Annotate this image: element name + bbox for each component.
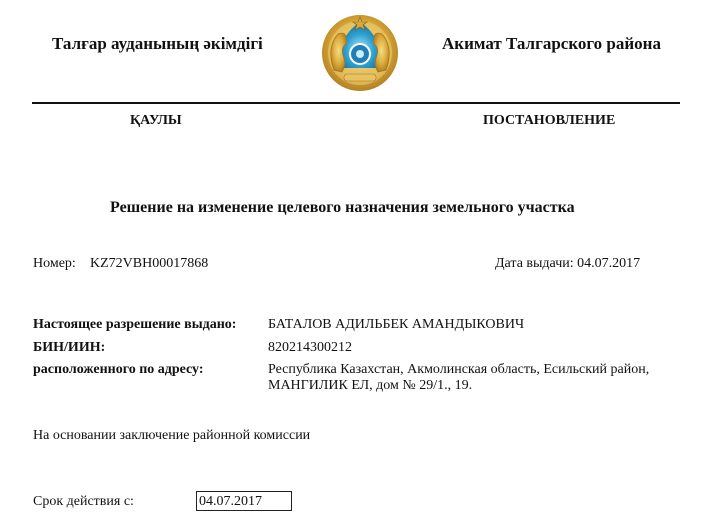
address-line-1: Республика Казахстан, Акмолинская област… [268,362,649,378]
header-title-russian: Акимат Талгарского района [442,34,661,54]
bin-iin-label: БИН/ИИН: [33,340,105,356]
number-label: Номер: [33,256,76,272]
validity-date-field[interactable]: 04.07.2017 [196,491,292,511]
subheader-kazakh: ҚАУЛЫ [130,113,182,129]
header-divider [32,102,680,104]
validity-label: Срок действия с: [33,494,134,510]
header-title-kazakh: Талғар ауданының әкімдігі [52,34,263,54]
basis-text: На основании заключение районной комисси… [33,428,310,444]
issue-date: Дата выдачи: 04.07.2017 [495,256,640,272]
state-emblem-icon [318,8,402,94]
issued-to-label: Настоящее разрешение выдано: [33,317,236,333]
subheader-russian: ПОСТАНОВЛЕНИЕ [483,113,615,129]
bin-iin-value: 820214300212 [268,340,352,356]
number-value: KZ72VBH00017868 [90,256,208,272]
document-title: Решение на изменение целевого назначения… [110,199,575,217]
address-label: расположенного по адресу: [33,362,204,378]
address-line-2: МАНГИЛИК ЕЛ, дом № 29/1., 19. [268,378,472,394]
issued-to-value: БАТАЛОВ АДИЛЬБЕК АМАНДЫКОВИЧ [268,317,524,333]
